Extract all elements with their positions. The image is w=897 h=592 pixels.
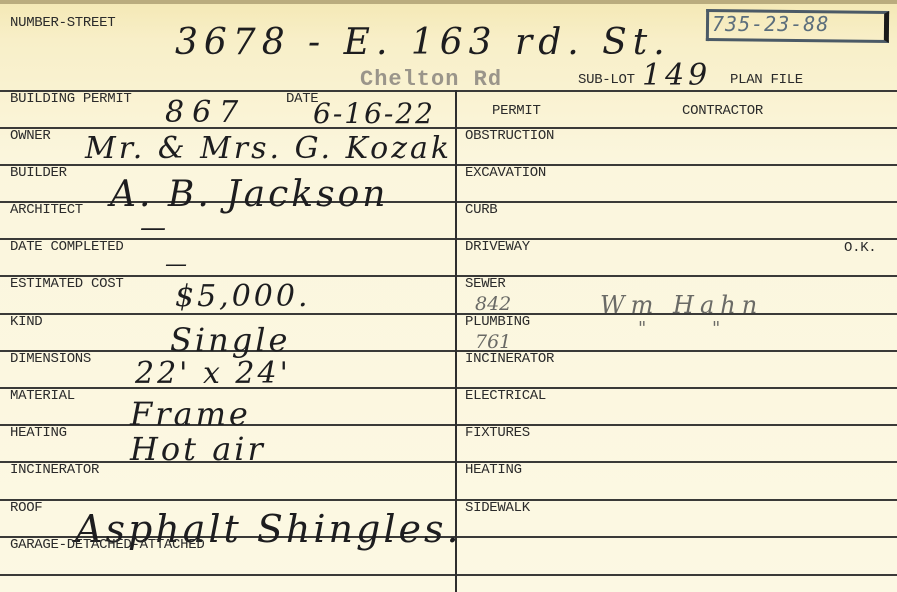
field-label-builder: BUILDER	[10, 165, 67, 181]
stamp-number: 735-23-88	[712, 12, 829, 36]
permit-label-curb: CURB	[465, 202, 497, 218]
permit-label-sewer: SEWER	[465, 276, 506, 292]
permit-note-driveway: O.K.	[844, 240, 876, 256]
field-label-estimated-cost: ESTIMATED COST	[10, 276, 123, 292]
contractor-header: CONTRACTOR	[682, 103, 763, 119]
permit-header: PERMIT	[492, 103, 541, 119]
field-label-incinerator: INCINERATOR	[10, 462, 99, 478]
field-label-material: MATERIAL	[10, 388, 75, 404]
street-stamp: Chelton Rd	[360, 67, 502, 92]
sub-lot-value: 149	[642, 58, 711, 93]
permit-label-excavation: EXCAVATION	[465, 165, 546, 181]
rule	[0, 127, 897, 129]
permit-label-sidewalk: SIDEWALK	[465, 500, 530, 516]
field-label-dimensions: DIMENSIONS	[10, 351, 91, 367]
permit-label-fixtures: FIXTURES	[465, 425, 530, 441]
permit-label-incinerator: INCINERATOR	[465, 351, 554, 367]
field-label-owner: OWNER	[10, 128, 51, 144]
rule	[0, 499, 897, 501]
number-street-label: NUMBER-STREET	[10, 15, 115, 31]
rule	[0, 238, 897, 240]
field-value-date-completed: —	[165, 252, 190, 277]
field-value-architect: —	[140, 213, 169, 243]
date-value: 6-16-22	[313, 97, 435, 130]
permit-contractor-sewer: Wm Hahn	[600, 291, 763, 319]
permit-label-electrical: ELECTRICAL	[465, 388, 546, 404]
plan-file-label: PLAN FILE	[730, 72, 803, 88]
permit-number-sewer: 842	[475, 293, 511, 315]
permit-number-plumbing: 761	[475, 331, 511, 353]
building-permit-value: 867	[165, 95, 246, 130]
field-value-builder: A. B. Jackson	[110, 174, 388, 215]
sub-lot-label: SUB-LOT	[578, 72, 635, 88]
building-permit-label: BUILDING PERMIT	[10, 91, 132, 107]
field-value-heating: Hot air	[130, 430, 266, 468]
rule	[0, 574, 897, 576]
permit-contractor-plumbing: " "	[638, 318, 750, 339]
field-value-kind: Single	[170, 321, 290, 359]
field-label-architect: ARCHITECT	[10, 202, 83, 218]
field-label-garage-detached-attached: GARAGE-DETACHED-ATTACHED	[10, 537, 204, 553]
permit-label-obstruction: OBSTRUCTION	[465, 128, 554, 144]
field-label-heating: HEATING	[10, 425, 67, 441]
number-street-value: 3678 - E. 163 rd. St.	[175, 22, 671, 63]
permit-label-plumbing: PLUMBING	[465, 314, 530, 330]
building-permit-card: NUMBER-STREET 3678 - E. 163 rd. St. 735-…	[0, 0, 897, 592]
field-value-estimated-cost: $5,000.	[175, 279, 311, 314]
field-label-kind: KIND	[10, 314, 42, 330]
field-value-owner: Mr. & Mrs. G. Kozak	[85, 131, 452, 166]
rule	[0, 275, 897, 277]
field-value-dimensions: 22' x 24'	[135, 356, 291, 391]
permit-label-driveway: DRIVEWAY	[465, 239, 530, 255]
field-value-material: Frame	[130, 395, 251, 433]
field-label-roof: ROOF	[10, 500, 42, 516]
field-label-date-completed: DATE COMPLETED	[10, 239, 123, 255]
permit-label-heating: HEATING	[465, 462, 522, 478]
rule	[0, 350, 897, 352]
